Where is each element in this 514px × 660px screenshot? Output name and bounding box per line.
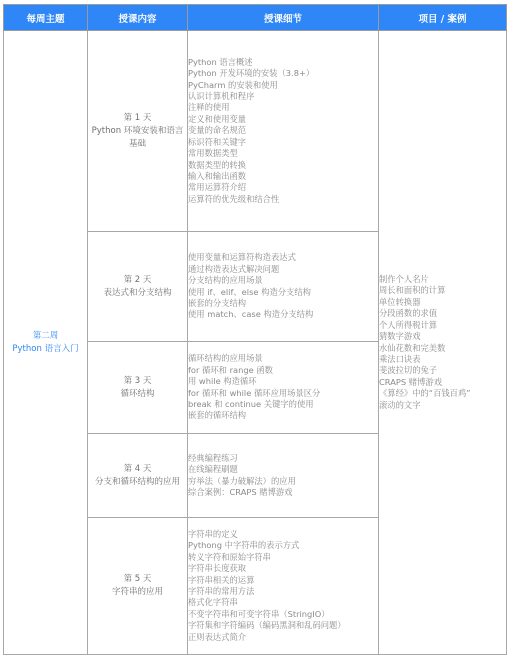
- detail-item: 运算符的优先级和结合性: [188, 194, 378, 205]
- detail-item: 字符串相关的运算: [188, 575, 378, 586]
- details-cell: 循环结构的应用场景 for 循环和 range 函数 用 while 构造循环 …: [188, 342, 379, 434]
- day-topic: 循环结构: [120, 389, 154, 399]
- details-cell: 经典编程练习 在线编程刷题 穷举法（暴力破解法）的应用 综合案例：CRAPS 赌…: [188, 434, 379, 518]
- detail-item: 字符串的定义: [188, 529, 378, 540]
- details-cell: Python 语言概述 Python 开发环境的安装（3.8+） PyCharm…: [188, 31, 379, 232]
- day-cell: 第 1 天 Python 环境安装和语言基础: [88, 31, 188, 232]
- week-subtitle: Python 语言入门: [4, 343, 87, 356]
- detail-item: Pythong 中字符串的表示方式: [188, 540, 378, 551]
- detail-item: 标识符和关键字: [188, 137, 378, 148]
- day-topic: Python 环境安装和语言基础: [92, 126, 184, 149]
- detail-item: 使用 if、elif、else 构造分支结构: [188, 287, 378, 298]
- detail-item: Python 语言概述: [188, 57, 378, 68]
- course-schedule-table: 每周主题 授课内容 授课细节 项目 / 案例 第二周 Python 语言入门 第…: [3, 4, 507, 655]
- day-topic: 分支和循环结构的应用: [95, 477, 180, 487]
- day-label: 第 1 天: [88, 112, 187, 125]
- detail-item: 变量的命名规范: [188, 125, 378, 136]
- detail-item: 定义和使用变量: [188, 114, 378, 125]
- project-item: 《算经》中的“百钱百鸡”: [379, 388, 506, 399]
- project-item: 滚动的文字: [379, 400, 506, 411]
- day-cell: 第 2 天 表达式和分支结构: [88, 232, 188, 342]
- project-item: 个人所得税计算: [379, 320, 506, 331]
- detail-item: 认识计算机和程序: [188, 91, 378, 102]
- detail-item: 循环结构的应用场景: [188, 353, 378, 364]
- project-item: 周长和面积的计算: [379, 285, 506, 296]
- day-label: 第 5 天: [88, 573, 187, 586]
- day-topic: 字符串的应用: [112, 587, 163, 597]
- project-item: 单位转换器: [379, 297, 506, 308]
- detail-item: 输入和输出函数: [188, 171, 378, 182]
- column-header-weekly-topic: 每周主题: [4, 5, 88, 31]
- column-header-details: 授课细节: [188, 5, 379, 31]
- day-label: 第 2 天: [88, 274, 187, 287]
- detail-item: 字符串长度获取: [188, 563, 378, 574]
- day-cell: 第 3 天 循环结构: [88, 342, 188, 434]
- column-header-projects: 项目 / 案例: [379, 5, 507, 31]
- project-item: 分段函数的求值: [379, 308, 506, 319]
- project-item: 斐波拉切的兔子: [379, 365, 506, 376]
- detail-item: 字符串的常用方法: [188, 586, 378, 597]
- project-item: 制作个人名片: [379, 274, 506, 285]
- detail-item: 字符集和字符编码（编码黑洞和乱码问题）: [188, 620, 378, 631]
- detail-item: 通过构造表达式解决问题: [188, 264, 378, 275]
- detail-item: 嵌套的循环结构: [188, 410, 378, 421]
- day-topic: 表达式和分支结构: [103, 288, 171, 298]
- detail-item: 综合案例：CRAPS 赌博游戏: [188, 487, 378, 498]
- detail-item: 使用 match、case 构造分支结构: [188, 309, 378, 320]
- project-item: 猜数字游戏: [379, 331, 506, 342]
- details-cell: 使用变量和运算符构造表达式 通过构造表达式解决问题 分支结构的应用场景 使用 i…: [188, 232, 379, 342]
- detail-item: break 和 continue 关键字的使用: [188, 399, 378, 410]
- detail-item: 常用数据类型: [188, 148, 378, 159]
- detail-item: 嵌套的分支结构: [188, 298, 378, 309]
- project-item: 乘法口诀表: [379, 354, 506, 365]
- day-cell: 第 5 天 字符串的应用: [88, 518, 188, 655]
- project-item: CRAPS 赌博游戏: [379, 377, 506, 388]
- detail-item: for 循环和 while 循环应用场景区分: [188, 388, 378, 399]
- detail-item: 常用运算符介绍: [188, 182, 378, 193]
- project-item: 水仙花数和完美数: [379, 343, 506, 354]
- column-header-content: 授课内容: [88, 5, 188, 31]
- day-label: 第 3 天: [88, 375, 187, 388]
- week-title: 第二周: [4, 330, 87, 343]
- detail-item: 格式化字符串: [188, 597, 378, 608]
- detail-item: 经典编程练习: [188, 453, 378, 464]
- week-cell: 第二周 Python 语言入门: [4, 31, 88, 655]
- table-row: 第二周 Python 语言入门 第 1 天 Python 环境安装和语言基础 P…: [4, 31, 507, 232]
- detail-item: PyCharm 的安装和使用: [188, 80, 378, 91]
- detail-item: 分支结构的应用场景: [188, 275, 378, 286]
- detail-item: 注释的使用: [188, 102, 378, 113]
- detail-item: 不变字符串和可变字符串（StringIO）: [188, 609, 378, 620]
- details-cell: 字符串的定义 Pythong 中字符串的表示方式 转义字符和原始字符串 字符串长…: [188, 518, 379, 655]
- day-cell: 第 4 天 分支和循环结构的应用: [88, 434, 188, 518]
- detail-item: 穷举法（暴力破解法）的应用: [188, 476, 378, 487]
- day-label: 第 4 天: [88, 463, 187, 476]
- detail-item: 正则表达式简介: [188, 632, 378, 643]
- projects-cell: 制作个人名片 周长和面积的计算 单位转换器 分段函数的求值 个人所得税计算 猜数…: [379, 31, 507, 655]
- detail-item: 使用变量和运算符构造表达式: [188, 252, 378, 263]
- detail-item: Python 开发环境的安装（3.8+）: [188, 68, 378, 79]
- detail-item: for 循环和 range 函数: [188, 365, 378, 376]
- detail-item: 用 while 构造循环: [188, 376, 378, 387]
- detail-item: 在线编程刷题: [188, 464, 378, 475]
- detail-item: 数据类型的转换: [188, 160, 378, 171]
- table-header-row: 每周主题 授课内容 授课细节 项目 / 案例: [4, 5, 507, 31]
- detail-item: 转义字符和原始字符串: [188, 552, 378, 563]
